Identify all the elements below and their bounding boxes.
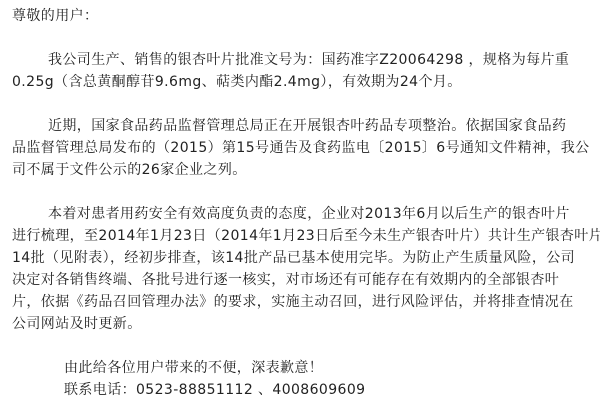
paragraph-line: 14批（见附表），经初步排查，该14批产品已基本使用完毕。为防止产生质量风险，公… — [12, 247, 592, 269]
paragraph-line: 0.25g（含总黄酮醇苷9.6mg、萜类内酯2.4mg），有效期为24个月。 — [12, 71, 592, 93]
spacer — [12, 335, 592, 357]
paragraph-line: 近期，国家食品药品监督管理总局正在开展银杏叶药品专项整治。依据国家食品药 — [12, 115, 592, 137]
paragraph-line: 进行梳理，至2014年1月23日（2014年1月23日后至今未生产银杏叶片）共计… — [12, 225, 592, 247]
paragraph-line: 公司网站及时更新。 — [12, 313, 592, 335]
paragraph-line: 品监督管理总局发布的（2015）第15号通告及食药监电〔2015〕6号通知文件精… — [12, 137, 592, 159]
contact-phone: 联系电话：0523-88851112 、4008609609 — [12, 379, 592, 401]
salutation: 尊敬的用户： — [12, 5, 592, 27]
closing-apology: 由此给各位用户带来的不便，深表歉意！ — [12, 357, 592, 379]
paragraph-line: 我公司生产、销售的银杏叶片批准文号为：国药准字Z20064298 ，规格为每片重 — [12, 49, 592, 71]
paragraph-line: 片，依据《药品召回管理办法》的要求，实施主动召回，进行风险评估，并将排查情况在 — [12, 291, 592, 313]
paragraph-line: 决定对各销售终端、各批号进行逐一核实，对市场还有可能存在有效期内的全部银杏叶 — [12, 269, 592, 291]
spacer — [12, 181, 592, 203]
recall-notice-document: 尊敬的用户： 我公司生产、销售的银杏叶片批准文号为：国药准字Z20064298 … — [12, 5, 592, 401]
paragraph-line: 司不属于文件公示的26家企业之列。 — [12, 159, 592, 181]
spacer — [12, 93, 592, 115]
paragraph-regulatory-context: 近期，国家食品药品监督管理总局正在开展银杏叶药品专项整治。依据国家食品药 品监督… — [12, 115, 592, 181]
paragraph-line: 本着对患者用药安全有效高度负责的态度，企业对2013年6月以后生产的银杏叶片 — [12, 203, 592, 225]
spacer — [12, 27, 592, 49]
paragraph-product-info: 我公司生产、销售的银杏叶片批准文号为：国药准字Z20064298 ，规格为每片重… — [12, 49, 592, 93]
paragraph-recall-action: 本着对患者用药安全有效高度负责的态度，企业对2013年6月以后生产的银杏叶片 进… — [12, 203, 592, 335]
